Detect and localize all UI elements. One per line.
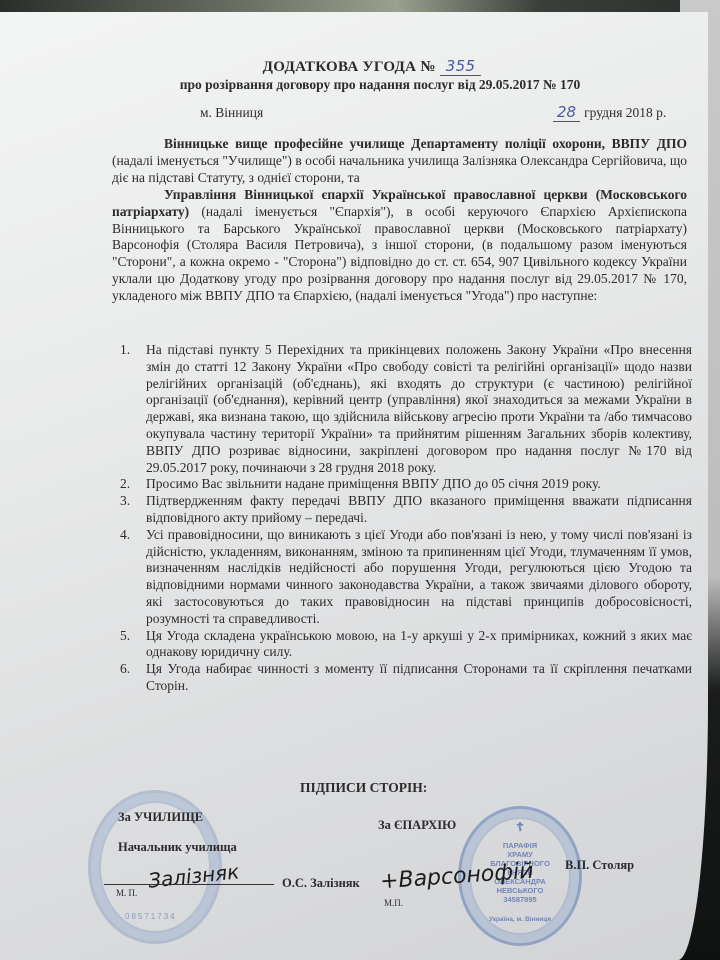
item-number: 2. [112,476,146,493]
list-item: 6.Ця Угода набирає чинності з моменту її… [112,661,692,695]
school-signature-line [104,884,274,885]
item-number: 3. [112,493,146,527]
item-text: На підставі пункту 5 Перехідних та прикі… [146,342,692,476]
party-2-details: (надалі іменується "Єпархія"), в особі к… [112,204,687,303]
list-item: 1.На підставі пункту 5 Перехідних та при… [112,342,692,476]
eparchy-seal-mark: М.П. [384,898,403,908]
stamp-line: ПАРАФІЯ [461,841,579,850]
list-item: 3.Підтвердженням факту передачі ВВПУ ДПО… [112,493,692,527]
stamp-line: ХРАМУ [461,850,579,859]
item-number: 6. [112,661,146,695]
date-month-year: грудня 2018 р. [584,105,666,120]
item-text: Ця Угода набирає чинності з моменту її п… [146,661,692,695]
intro-paragraph-1: Вінницьке вище професійне училище Департ… [112,136,687,186]
item-number: 5. [112,628,146,662]
school-seal-mark: М. П. [116,888,137,898]
title-prefix: ДОДАТКОВА УГОДА № [263,59,436,75]
list-item: 2.Просимо Вас звільнити надане приміщенн… [112,476,692,493]
terms-list: 1.На підставі пункту 5 Перехідних та при… [112,342,692,695]
stamp-cross-icon: ☦ [461,823,579,832]
item-number: 1. [112,342,146,476]
party-1-name: Вінницьке вище професійне училище Департ… [164,136,687,151]
school-position: Начальник училища [118,840,237,855]
document-title: ДОДАТКОВА УГОДА № 355 [162,57,582,76]
document-date: 28грудня 2018 р. [553,103,666,121]
eparchy-party-label: За ЄПАРХІЮ [378,818,456,833]
agreement-number: 355 [440,57,482,76]
item-text: Усі правовідносини, що виникають з цієї … [146,527,692,628]
stamp-line: 34587895 [461,895,579,904]
list-item: 4.Усі правовідносини, що виникають з ціє… [112,527,692,628]
eparchy-signatory-name: В.П. Столяр [565,858,634,873]
date-day: 28 [553,103,580,122]
party-1-details: (надалі іменується "Училище") в особі на… [112,153,687,185]
item-number: 4. [112,527,146,628]
item-text: Підтвердженням факту передачі ВВПУ ДПО в… [146,493,692,527]
stamp-ring-text: Україна, м. Вінниця [461,915,579,924]
school-signatory-name: О.С. Залізняк [282,876,360,891]
item-text: Просимо Вас звільнити надане приміщення … [146,476,692,493]
school-stamp-code: 08571734 [125,912,177,921]
item-text: Ця Угода складена українською мовою, на … [146,628,692,662]
intro-paragraph-2: Управління Вінницької єпархії Українсько… [112,187,687,305]
school-party-label: За УЧИЛИЩЕ [118,810,203,825]
document-page: ДОДАТКОВА УГОДА № 355 про розірвання дог… [0,12,708,960]
signatures-heading: ПІДПИСИ СТОРІН: [300,780,427,796]
document-subtitle: про розірвання договору про надання посл… [120,77,640,93]
city: м. Вінниця [200,105,263,121]
list-item: 5.Ця Угода складена українською мовою, н… [112,628,692,662]
